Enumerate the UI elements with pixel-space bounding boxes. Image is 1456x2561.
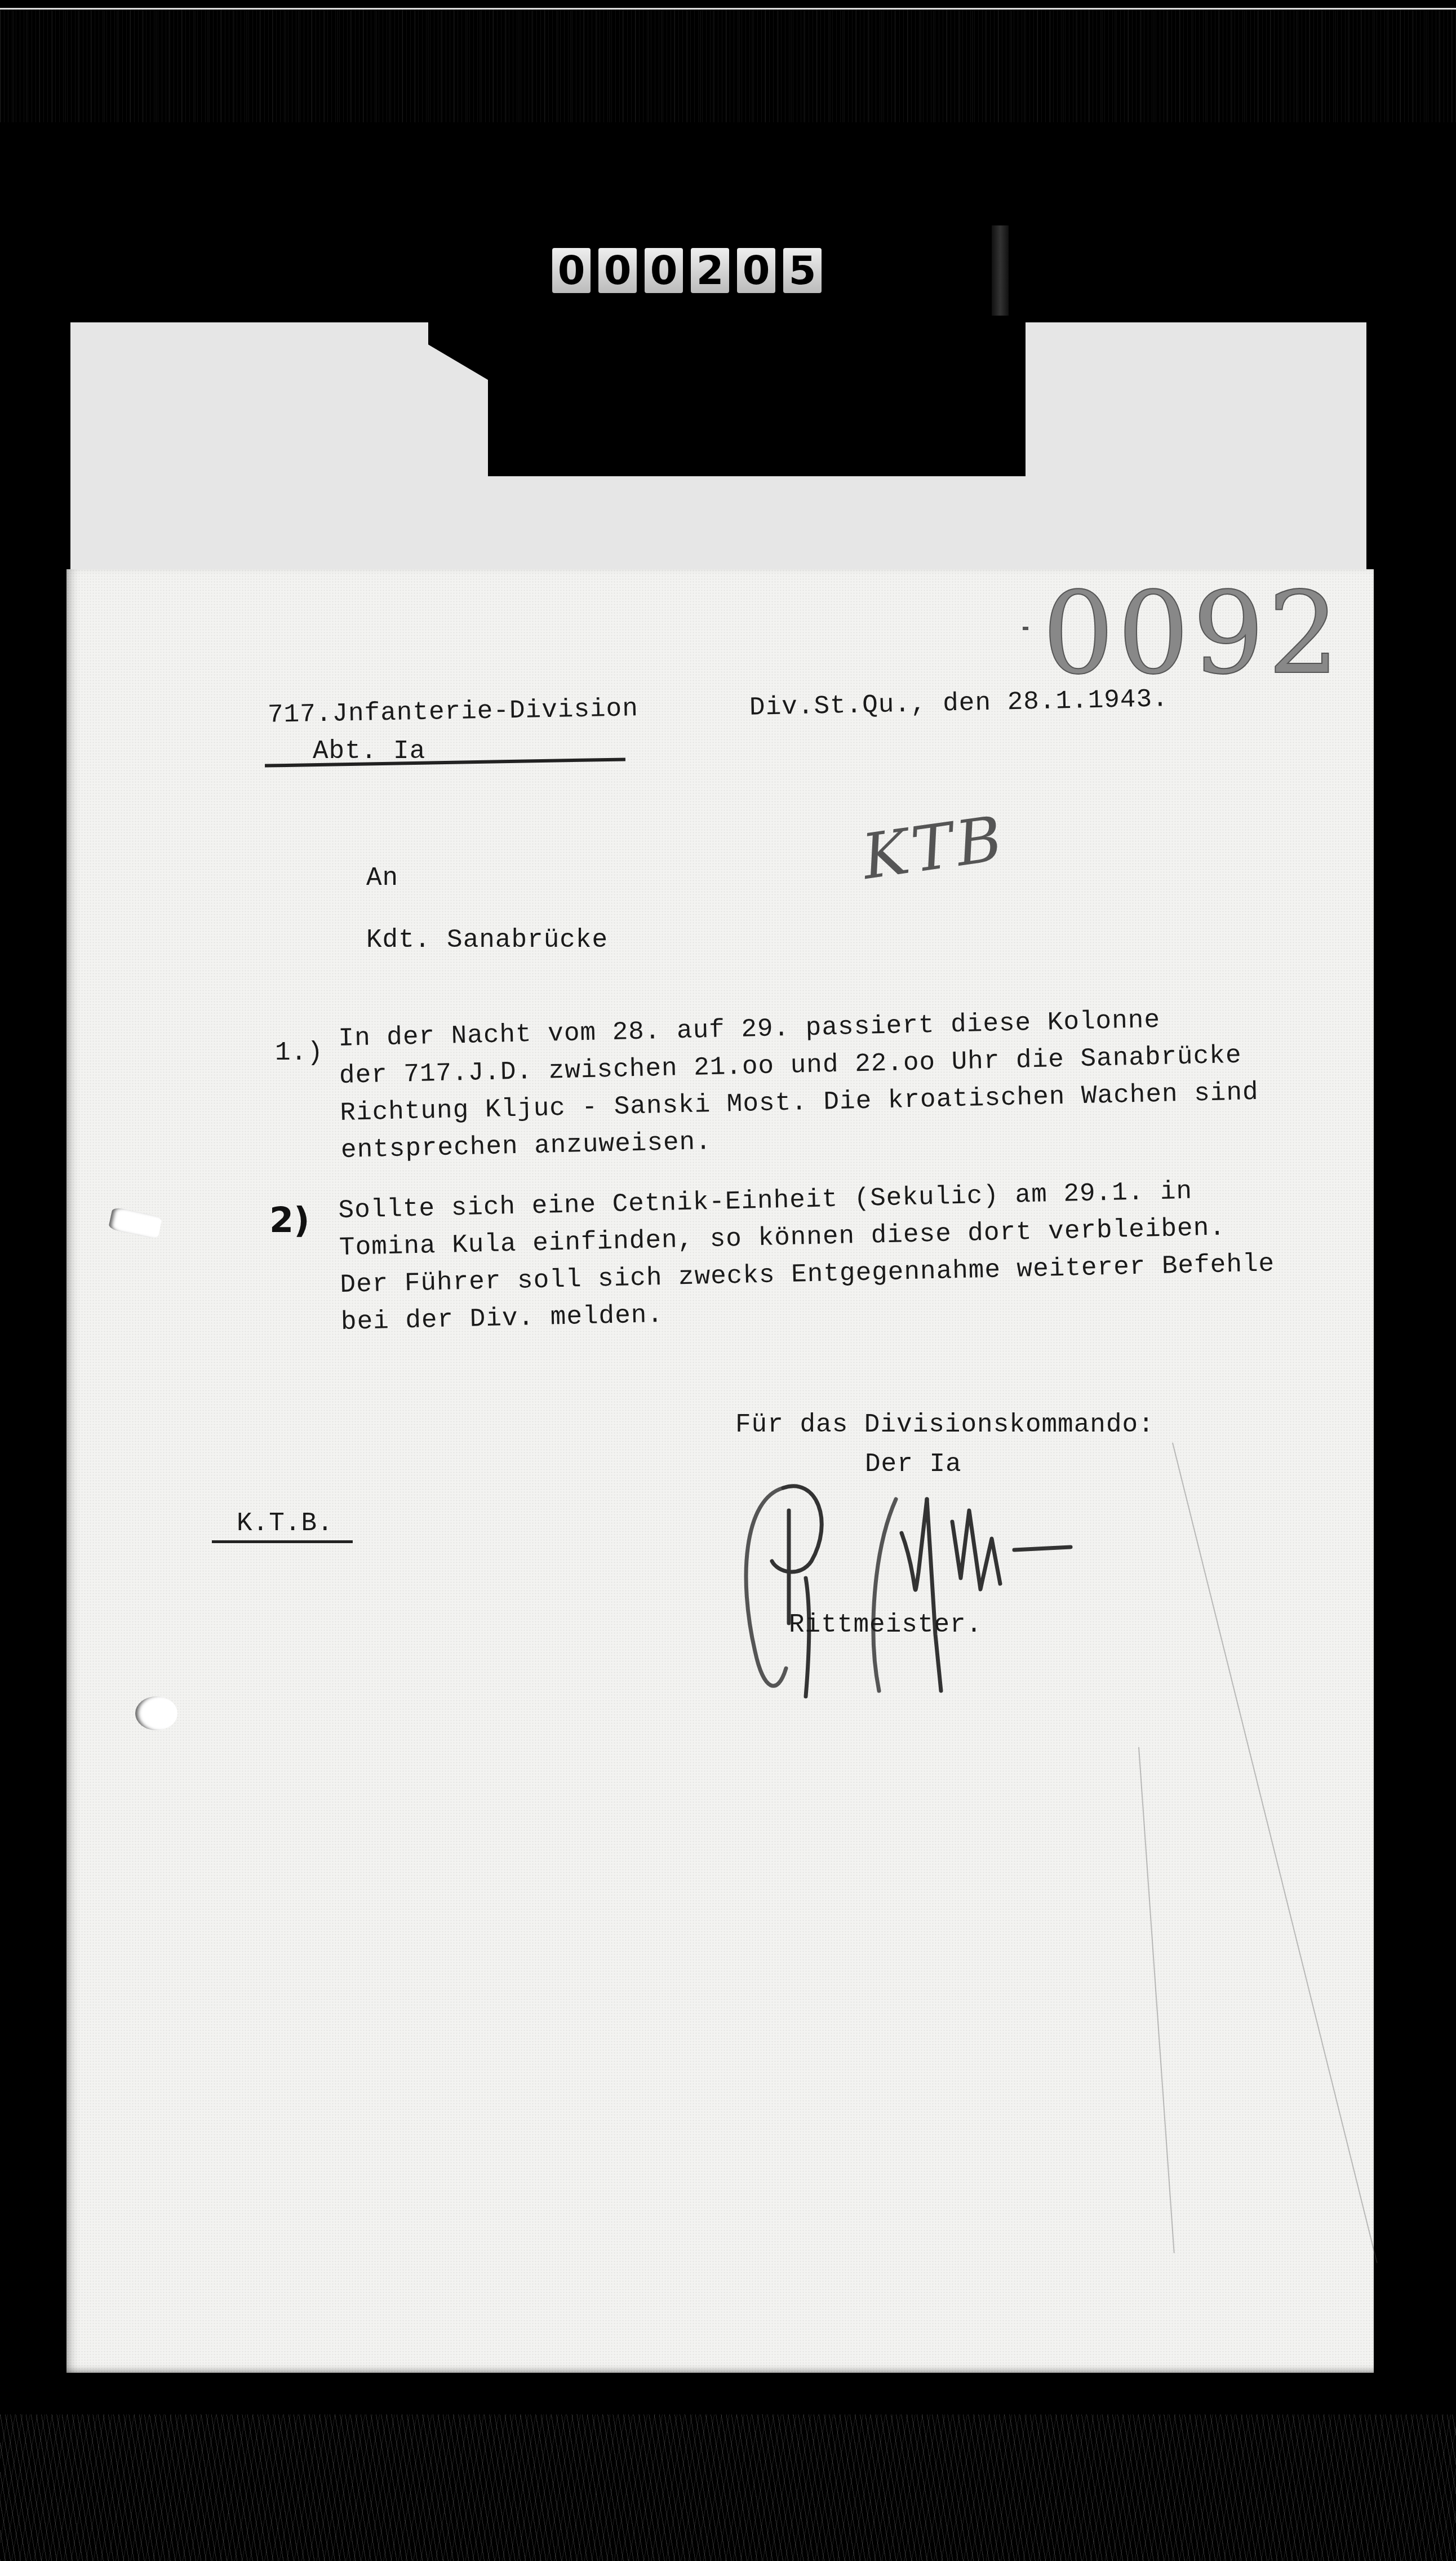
- sender-unit: 717.Jnfanterie-Division: [268, 695, 639, 728]
- punch-hole-icon: [135, 1696, 177, 1730]
- signature-rank: Rittmeister.: [789, 1612, 982, 1638]
- binder-clip-shadow: [428, 316, 1026, 476]
- counter-digit: 2: [691, 248, 729, 293]
- distribution-note: K.T.B.: [237, 1510, 334, 1536]
- recipient-salutation: An: [366, 865, 398, 891]
- document-page: [66, 569, 1374, 2373]
- page-number-stamp: 0092: [1042, 578, 1343, 690]
- paragraph-1: In der Nacht vom 28. auf 29. passiert di…: [338, 1005, 1260, 1163]
- counter-digit: 5: [783, 248, 822, 293]
- film-edge-top: [0, 8, 1456, 122]
- distribution-underline: [212, 1540, 353, 1543]
- film-edge-bottom: [0, 2414, 1456, 2561]
- counter-digit: 0: [645, 248, 683, 293]
- paragraph-1-number: 1.): [275, 1040, 323, 1066]
- film-frame-counter: 0 0 0 2 0 5: [552, 248, 822, 293]
- signature-line-1: Für das Divisionskommando:: [735, 1412, 1155, 1438]
- handwritten-signature-icon: [733, 1465, 1116, 1702]
- stamp-dash: [1023, 627, 1028, 630]
- counter-digit: 0: [552, 248, 591, 293]
- recipient-name: Kdt. Sanabrücke: [366, 927, 608, 953]
- sender-department: Abt. Ia: [313, 738, 425, 764]
- counter-digit: 0: [598, 248, 637, 293]
- paragraph-2: Sollte sich eine Cetnik-Einheit (Sekulic…: [338, 1176, 1276, 1335]
- counter-digit: 0: [737, 248, 775, 293]
- paragraph-2-number: 2): [269, 1199, 309, 1240]
